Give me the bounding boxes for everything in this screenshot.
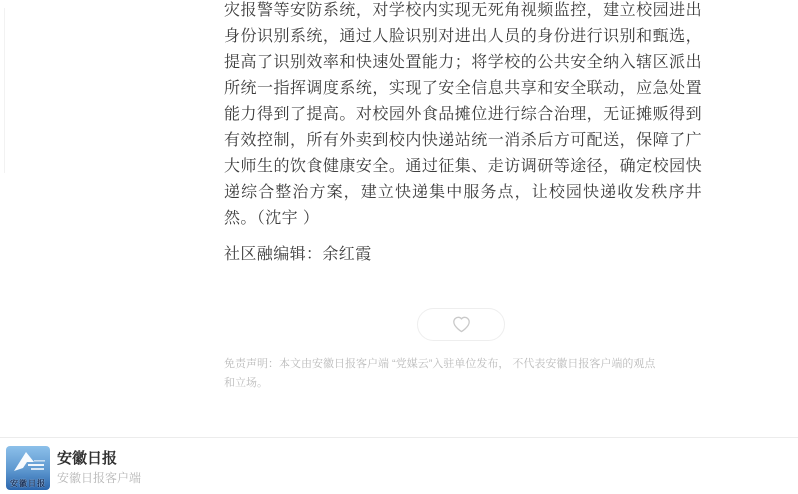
footer-app-title: 安徽日报 bbox=[57, 449, 117, 469]
article-body: 灾报警等安防系统，对学校内实现无死角视频监控，建立校园进出身份识别系统，通过人脸… bbox=[224, 0, 702, 232]
disclaimer-text: 免责声明：本文由安徽日报客户端 “党媒云”入驻单位发布， 不代表安徽日报客户端的… bbox=[224, 355, 660, 393]
footer-app-bar[interactable]: 安徽日报 安徽日报 安徽日报客户端 bbox=[0, 438, 798, 494]
like-button[interactable] bbox=[417, 308, 505, 341]
footer-app-subtitle: 安徽日报客户端 bbox=[57, 470, 141, 486]
left-edge-line bbox=[4, 8, 5, 173]
editor-credit: 社区融编辑：余红霞 bbox=[224, 242, 702, 268]
article-page: 灾报警等安防系统，对学校内实现无死角视频监控，建立校园进出身份识别系统，通过人脸… bbox=[0, 0, 798, 494]
app-logo[interactable]: 安徽日报 bbox=[6, 446, 50, 490]
heart-icon bbox=[451, 315, 472, 334]
app-logo-wordmark: 安徽日报 bbox=[6, 479, 50, 488]
